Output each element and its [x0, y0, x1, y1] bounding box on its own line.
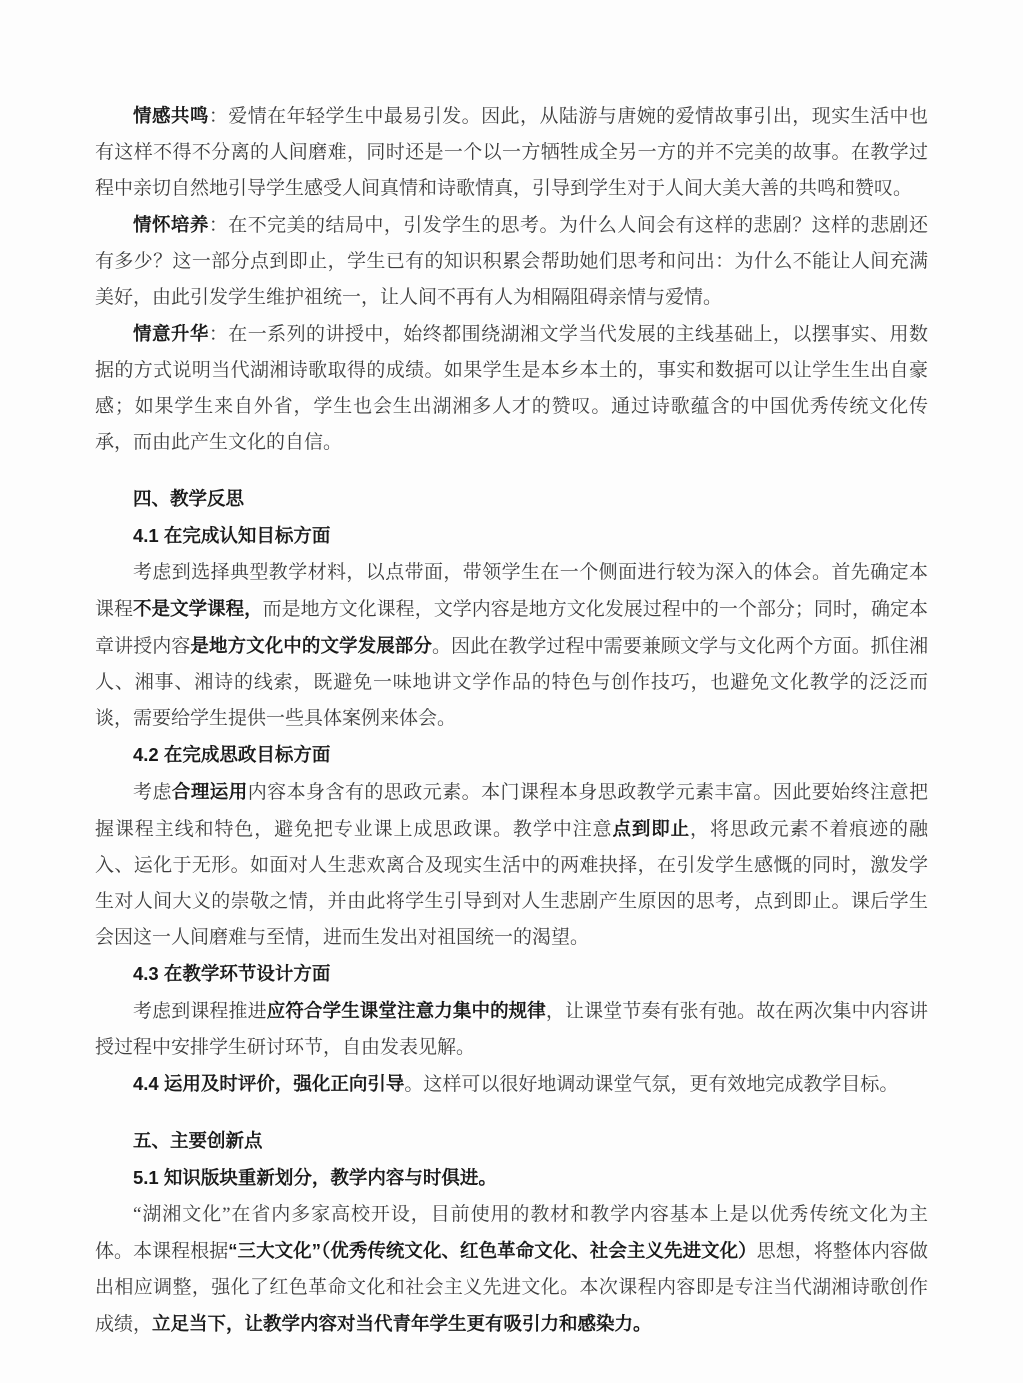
- bold-text-segment: 5.1 知识版块重新划分，教学内容与时俱进。: [133, 1167, 497, 1188]
- para-4-3: 考虑到课程推进应符合学生课堂注意力集中的规律，让课堂节奏有张有弛。故在两次集中内…: [95, 993, 928, 1066]
- para-4-2: 考虑合理运用内容本身含有的思政元素。本门课程本身思政教学元素丰富。因此要始终注意…: [95, 774, 928, 956]
- heading-main-innovations: 五、主要创新点: [95, 1123, 928, 1160]
- bold-text-segment: 点到即止: [612, 818, 690, 839]
- heading-4-1: 4.1 在完成认知目标方面: [95, 518, 928, 555]
- bold-text-segment: 五、主要创新点: [133, 1130, 263, 1151]
- bold-text-segment: 应符合学生课堂注意力集中的规律: [267, 1000, 546, 1021]
- heading-5-1: 5.1 知识版块重新划分，教学内容与时俱进。: [95, 1160, 928, 1197]
- heading-teaching-reflection: 四、教学反思: [95, 481, 928, 518]
- para-sentiment-cultivation: 情怀培养：在不完美的结局中，引发学生的思考。为什么人间会有这样的悲剧？这样的悲剧…: [95, 207, 928, 316]
- para-4-4: 4.4 运用及时评价，强化正向引导。这样可以很好地调动课堂气氛，更有效地完成教学…: [95, 1066, 928, 1103]
- text-segment: ：爱情在年轻学生中最易引发。因此，从陆游与唐婉的爱情故事引出，现实生活中也有这样…: [95, 106, 928, 199]
- bold-text-segment: 4.2 在完成思政目标方面: [133, 744, 330, 765]
- text-segment: 。这样可以很好地调动课堂气氛，更有效地完成教学目标。: [404, 1074, 898, 1095]
- bold-text-segment: 合理运用: [172, 781, 248, 802]
- bold-text-segment: 情感共鸣: [133, 105, 209, 126]
- para-emotional-resonance: 情感共鸣：爱情在年轻学生中最易引发。因此，从陆游与唐婉的爱情故事引出，现实生活中…: [95, 98, 928, 207]
- bold-text-segment: 4.4 运用及时评价，强化正向引导: [133, 1073, 404, 1094]
- text-segment: ：在一系列的讲授中，始终都围绕湖湘文学当代发展的主线基础上，以摆事实、用数据的方…: [95, 324, 928, 453]
- text-segment: ：在不完美的结局中，引发学生的思考。为什么人间会有这样的悲剧？这样的悲剧还有多少…: [95, 215, 928, 308]
- bold-text-segment: 不是文学课程，: [133, 598, 263, 619]
- bold-text-segment: 4.1 在完成认知目标方面: [133, 525, 330, 546]
- document-content: 情感共鸣：爱情在年轻学生中最易引发。因此，从陆游与唐婉的爱情故事引出，现实生活中…: [95, 98, 928, 1343]
- bold-text-segment: 立足当下，让教学内容对当代青年学生更有吸引力和感染力。: [152, 1313, 652, 1334]
- bold-text-segment: “三大文化”（优秀传统文化、红色革命文化、社会主义先进文化）: [228, 1240, 756, 1261]
- text-segment: 考虑: [133, 782, 172, 803]
- para-4-1: 考虑到选择典型教学材料，以点带面，带领学生在一个侧面进行较为深入的体会。首先确定…: [95, 555, 928, 737]
- bold-text-segment: 4.3 在教学环节设计方面: [133, 963, 330, 984]
- heading-4-3: 4.3 在教学环节设计方面: [95, 956, 928, 993]
- heading-4-2: 4.2 在完成思政目标方面: [95, 737, 928, 774]
- bold-text-segment: 是地方文化中的文学发展部分: [190, 635, 432, 656]
- text-segment: 考虑到课程推进: [133, 1001, 267, 1022]
- para-emotion-sublimation: 情意升华：在一系列的讲授中，始终都围绕湖湘文学当代发展的主线基础上，以摆事实、用…: [95, 316, 928, 461]
- bold-text-segment: 情怀培养: [133, 214, 209, 235]
- para-5-1: “湖湘文化”在省内多家高校开设，目前使用的教材和教学内容基本上是以优秀传统文化为…: [95, 1197, 928, 1343]
- document-page: 情感共鸣：爱情在年轻学生中最易引发。因此，从陆游与唐婉的爱情故事引出，现实生活中…: [0, 0, 1023, 1383]
- bold-text-segment: 情意升华: [133, 323, 209, 344]
- bold-text-segment: 四、教学反思: [133, 488, 244, 509]
